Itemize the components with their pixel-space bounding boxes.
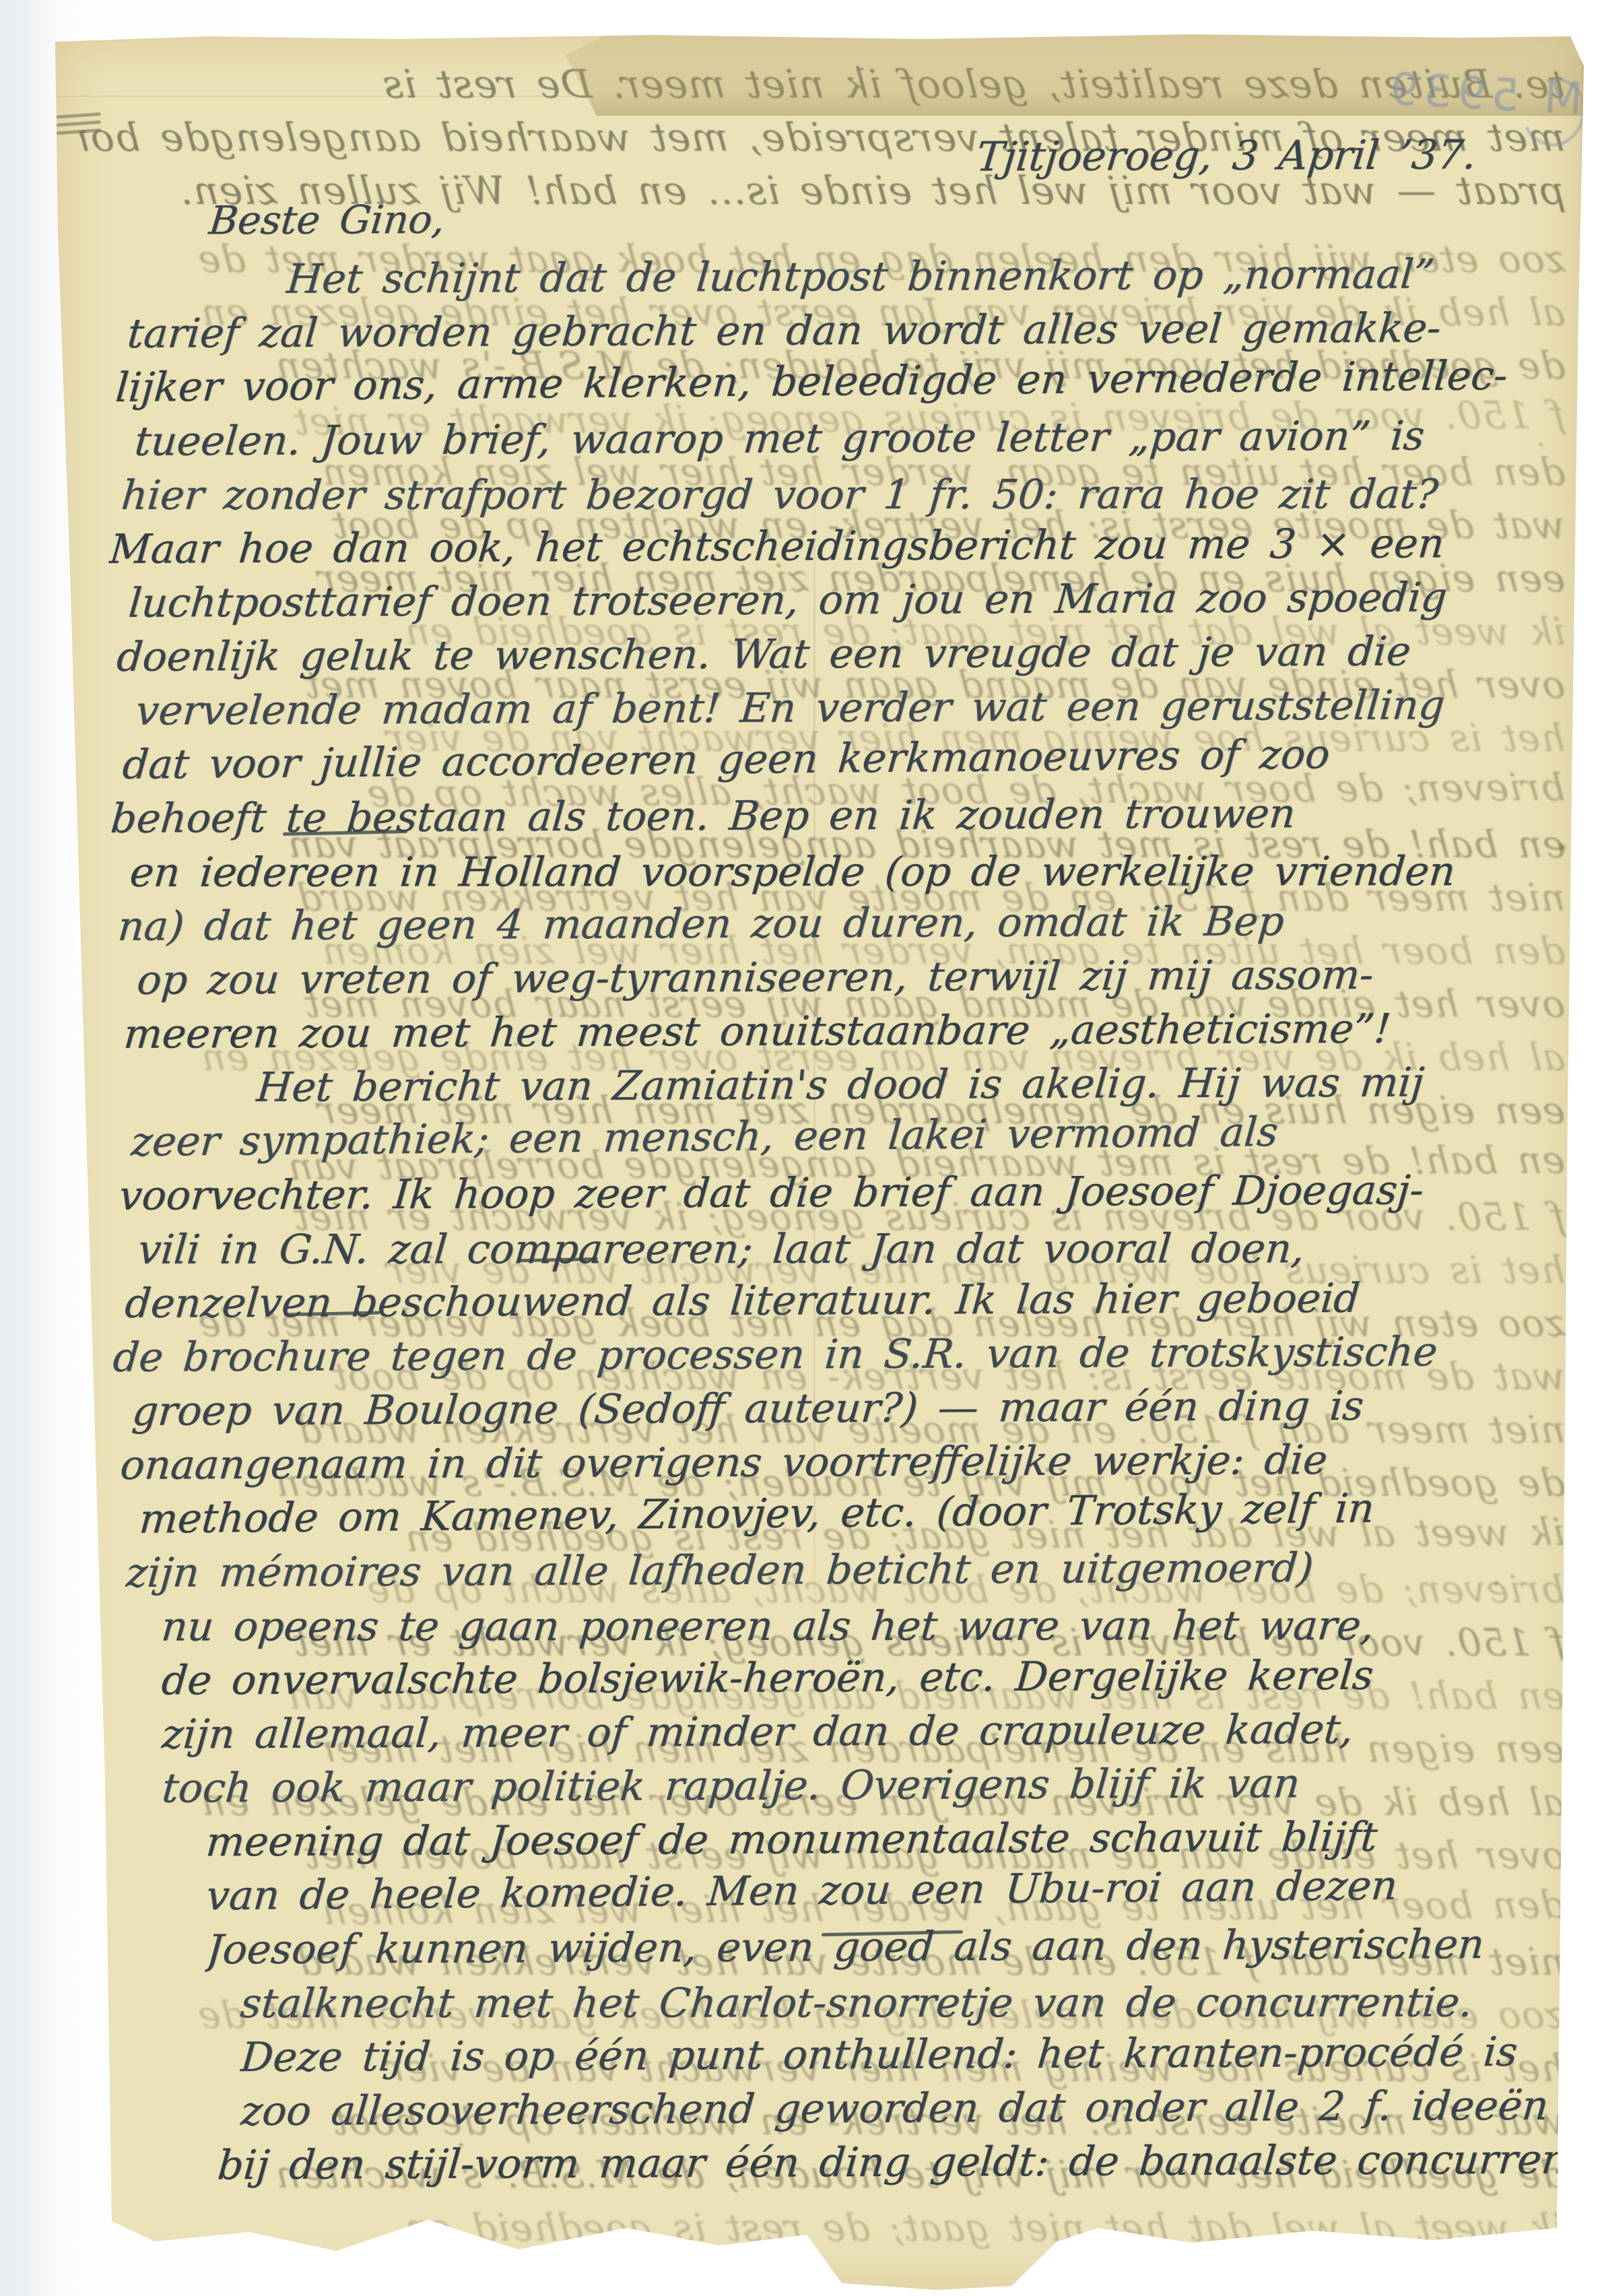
handwriting-line: zeer sympathiek; een mensch, een lakei v… <box>129 1103 1563 1169</box>
handwriting-line: doenlijk geluk te wenschen. Wat een vreu… <box>114 624 1560 684</box>
handwriting-line: zijn allemaal, meer of minder dan de cra… <box>160 1702 1565 1762</box>
handwriting-line: na) dat het geen 4 maanden zou duren, om… <box>116 894 1562 954</box>
letter-text-layer: Tjitjoeroeg, 3 April ’37. Beste Gino, He… <box>108 86 1565 2274</box>
handwriting-line: de brochure tegen de processen in S.R. v… <box>111 1325 1564 1385</box>
handwriting-line: Joesoef kunnen wijden, even goed als aan… <box>205 1917 1566 1977</box>
handwriting-line: meeren zou met het meest onuitstaanbare … <box>122 1002 1562 1061</box>
handwriting-line: stalknecht met het Charlot-snorretje van… <box>238 1975 1566 2031</box>
place-date-line: Tjitjoeroeg, 3 April ’37. <box>974 131 1479 181</box>
handwriting-line: vili in G.N. zal compareeren; laat Jan d… <box>136 1222 1562 1277</box>
letter-paper-sheet: te. Buiten deze realiteit, geloof ik nie… <box>47 31 1584 2295</box>
scanner-bed: { "page": { "kind": "scanned handwritten… <box>0 0 1602 2296</box>
salutation: Beste Gino, <box>207 197 446 244</box>
handwriting-line: behoeft te bestaan als toen. Bep en ik z… <box>108 786 1561 846</box>
handwriting-line: op zou vreten of weg-tyranniseeren, terw… <box>135 948 1562 1008</box>
handwriting-line: luchtposttarief doen trotseeren, om jou … <box>127 570 1560 630</box>
handwriting-line: nu opeens te gaan poneeren als het ware … <box>159 1599 1564 1654</box>
handwriting-line: tueelen. Jouw brief, waarop met groote l… <box>133 409 1560 469</box>
handwriting-line: zijn mémoires van alle lafheden beticht … <box>124 1540 1564 1600</box>
handwriting-line: Het schijnt dat de luchtpost binnenkort … <box>106 247 1559 307</box>
handwriting-line: toch ook maar politiek rapalje. Overigen… <box>160 1756 1566 1816</box>
handwriting-line: van de heele komedie. Men zou een Ubu-ro… <box>205 1858 1566 1924</box>
handwriting-line: voorvechter. Ik hoop zeer dat die brief … <box>117 1163 1563 1223</box>
handwriting-line: denzelven beschouwend als literatuur. Ik… <box>123 1271 1564 1331</box>
bleedthrough-underline-marks <box>57 109 101 138</box>
handwriting-line: de onvervalschte bolsjewik-heroën, etc. … <box>160 1648 1565 1708</box>
handwriting-line: groep van Boulogne (Sedoff auteur?) — ma… <box>130 1379 1564 1439</box>
handwriting-line: zoo allesoverheerschend geworden dat ond… <box>239 2079 1567 2139</box>
handwriting-line: Deze tijd is op één punt onthullend: het… <box>238 2025 1566 2085</box>
handwriting-line: hier zonder strafport bezorgd voor 1 fr.… <box>119 467 1559 523</box>
letter-body: Het schijnt dat de luchtpost binnenkort … <box>108 247 1565 2193</box>
handwriting-line: methode om Kamenev, Zinovjev, etc. (door… <box>137 1480 1564 1546</box>
handwriting-line: Maar hoe dan ook, het echtscheidingsberi… <box>108 517 1560 577</box>
handwriting-line: bij den stijl-vorm maar één ding geldt: … <box>215 2133 1567 2193</box>
handwriting-line: en iedereen in Holland voorspelde (op de… <box>128 845 1561 900</box>
